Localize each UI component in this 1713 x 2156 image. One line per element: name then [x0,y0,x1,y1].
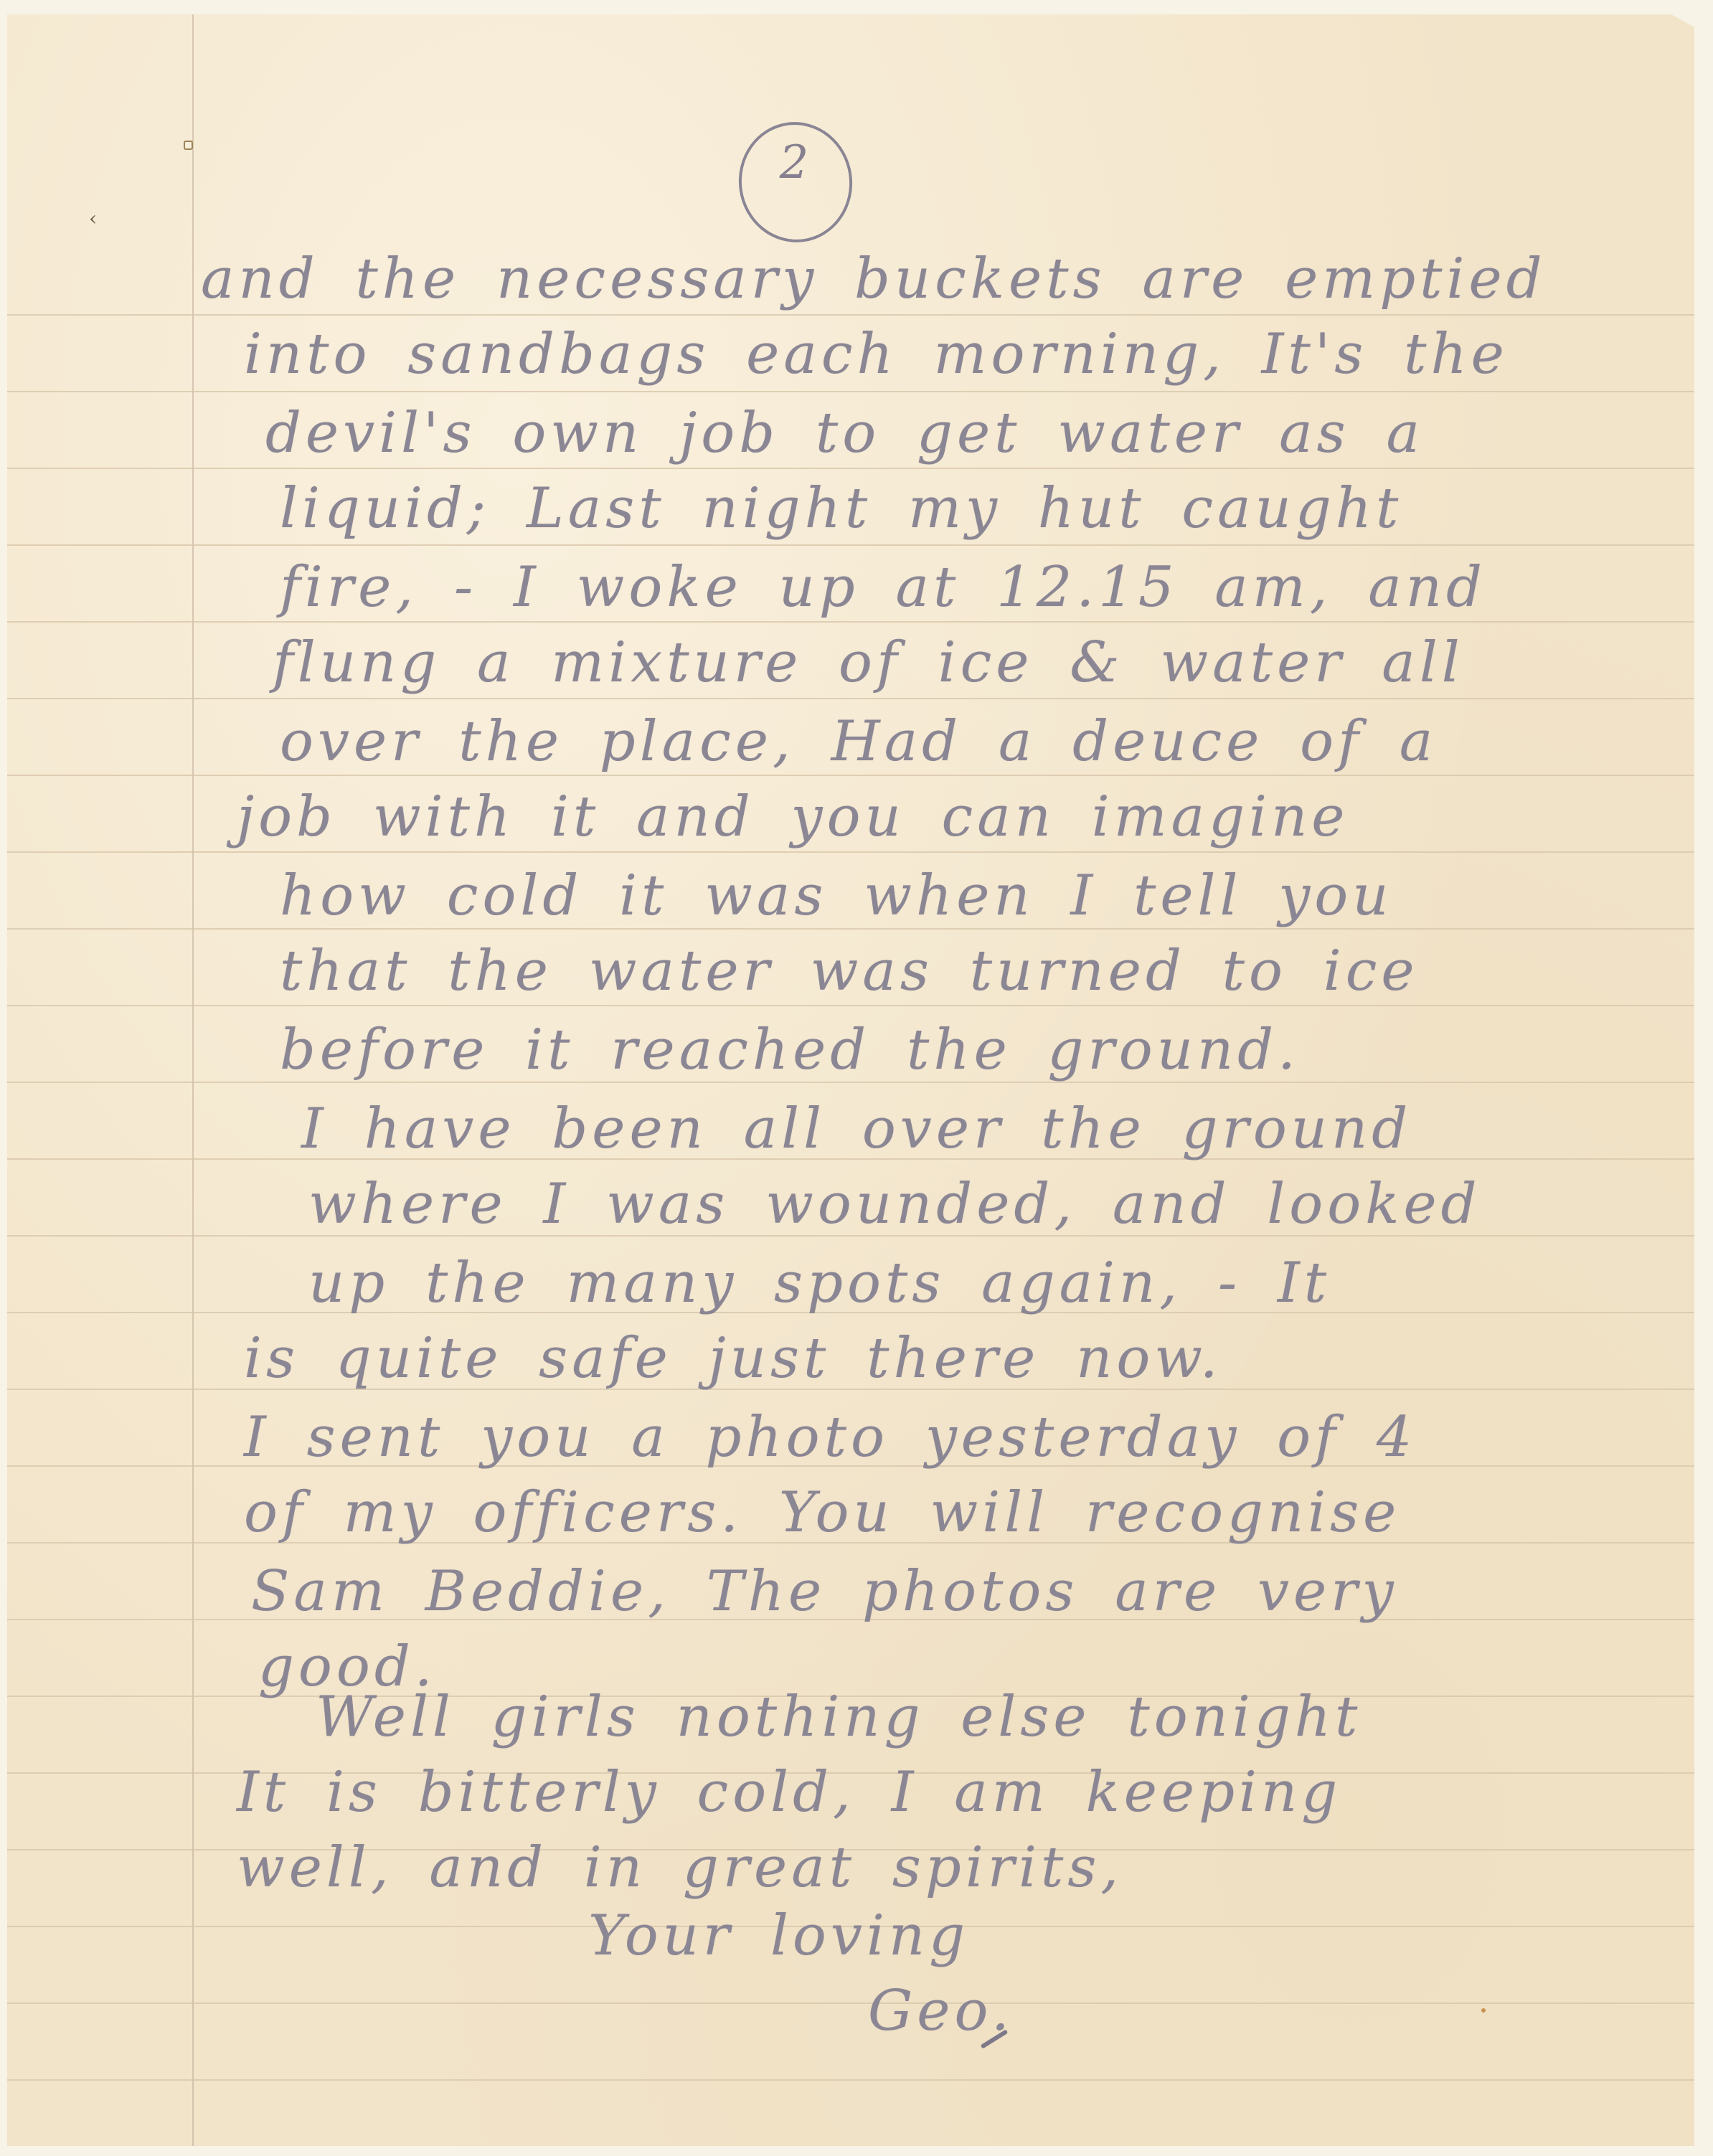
letter-line: devil's own job to get water as a [265,405,1424,461]
ruled-line [7,1005,1694,1006]
letter-line: flung a mixture of ice & water all [273,635,1464,691]
ruled-line [7,775,1694,776]
letter-closing: Your loving [588,1908,969,1964]
ruled-line [7,851,1694,853]
ruled-line [7,928,1694,930]
page-number: 2 [773,136,816,189]
punch-hole-mark [184,141,193,150]
letter-line: how cold it was when I tell you [280,868,1393,924]
letter-signature: Geo. [868,1983,1014,2039]
ruled-line [7,621,1694,623]
letter-line: up the many spots again, - It [308,1255,1331,1311]
letter-line: over the place, Had a deuce of a [280,714,1437,770]
letter-line: is quite safe just there now. [244,1330,1222,1386]
letter-line: Sam Beddie, The photos are very [251,1564,1398,1620]
letter-line: liquid; Last night my hut caught [280,481,1402,536]
letter-line: where I was wounded, and looked [308,1176,1481,1232]
letter-line: I have been all over the ground [301,1101,1412,1157]
ruled-line [7,468,1694,469]
margin-line [192,14,194,2146]
paper-stain [1481,2008,1486,2013]
letter-page: ‹ 2 and the necessary buckets are emptie… [7,14,1694,2146]
letter-line: into sandbags each morning, It's the [244,326,1509,382]
letter-line: Well girls nothing else tonight [316,1689,1362,1745]
ruled-line [7,2003,1694,2004]
letter-line: of my officers. You will recognise [244,1485,1400,1541]
letter-line: well, and in great spirits, [237,1840,1123,1896]
ruled-line [7,698,1694,699]
letter-line: that the water was turned to ice [280,943,1419,999]
letter-line: and the necessary buckets are emptied [201,251,1547,307]
letter-line: I sent you a photo yesterday of 4 [244,1409,1416,1465]
paper-mark: ‹ [89,207,97,230]
letter-line: It is bitterly cold, I am keeping [237,1764,1341,1820]
ruled-line [7,2079,1694,2081]
ruled-line [7,391,1694,392]
ruled-line [7,544,1694,546]
letter-line: before it reached the ground. [280,1022,1300,1078]
letter-line: job with it and you can imagine [237,789,1349,845]
letter-line: fire, - I woke up at 12.15 am, and [280,559,1486,615]
ruled-line [7,314,1694,316]
